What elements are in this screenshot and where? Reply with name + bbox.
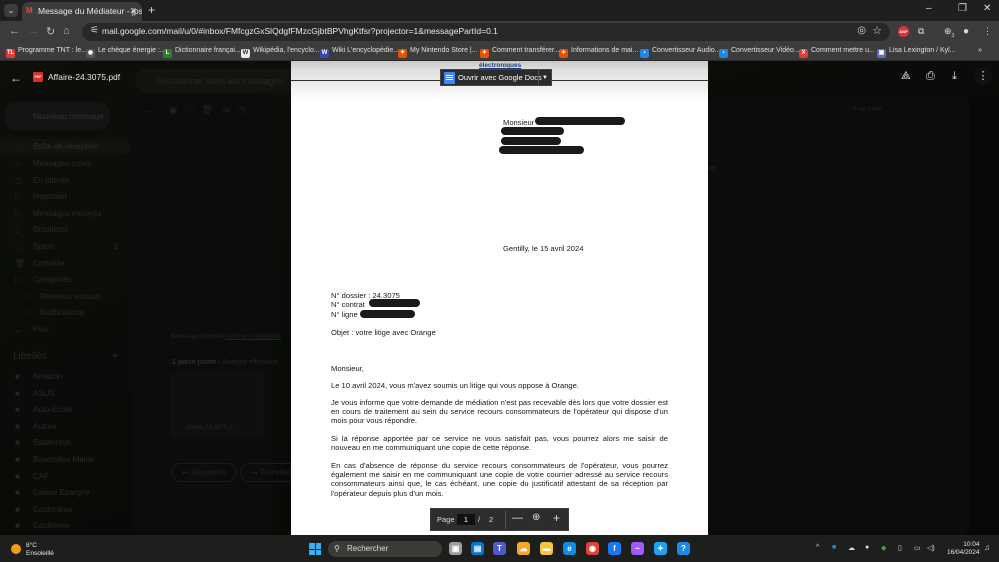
bookmarks-bar: TLProgramme TNT : le...◉Le chèque énergi… — [0, 43, 999, 61]
bookmark-item[interactable]: ✦Comment transférer... — [480, 47, 560, 58]
bookmark-item[interactable]: ▪Convertisseur Vidéo... — [719, 47, 800, 58]
letter-subject: Objet : votre litige avec Orange — [331, 328, 436, 337]
date: 16/04/2024 — [947, 549, 980, 557]
bookmark-label: My Nintendo Store |... — [410, 47, 478, 54]
tab-search-button[interactable]: ⌄ — [4, 4, 18, 17]
taskbar-search[interactable]: ⚲Rechercher — [328, 541, 442, 557]
tab-strip: ⌄ M Message du Médiateur - jps86 ✕ + – ❐… — [0, 0, 999, 21]
weather-app-icon[interactable]: ☁ — [517, 542, 530, 555]
converter-icon: ▪ — [719, 49, 728, 58]
zoom-out-icon[interactable]: — — [512, 512, 523, 524]
bookmarks-overflow-button[interactable]: » — [978, 47, 982, 54]
bookmark-label: Programme TNT : le... — [18, 47, 87, 54]
sun-icon[interactable] — [11, 544, 21, 554]
redaction — [499, 146, 584, 154]
bookmark-label: Le chèque énergie :... — [98, 47, 166, 54]
task-view-icon[interactable]: ▣ — [449, 542, 462, 555]
menu-icon[interactable]: ⋮ — [983, 26, 992, 37]
page-controls: Page 1 / 2 — ⊕ + — [430, 508, 569, 531]
profile-avatar[interactable]: ● — [963, 26, 969, 37]
recipient-title: Monsieur — [503, 118, 534, 127]
start-button[interactable] — [309, 543, 321, 555]
file-explorer-icon[interactable]: ▬ — [540, 542, 553, 555]
show-hidden-icons[interactable]: ^ — [816, 544, 819, 551]
lens-icon[interactable]: ◎ — [857, 25, 866, 36]
pdf-icon: PDF — [33, 72, 43, 82]
notification-bell-icon[interactable]: ♫ — [984, 543, 990, 552]
add-to-drive-icon[interactable]: ⟁ — [901, 70, 911, 83]
bookmark-item[interactable]: ◉Le chèque énergie :... — [86, 47, 166, 58]
bookmark-item[interactable]: WWikipédia, l'encyclo... — [241, 47, 320, 58]
home-icon[interactable]: ⌂ — [63, 25, 70, 37]
letter-greeting: Monsieur, — [331, 364, 364, 373]
close-tab-icon[interactable]: ✕ — [129, 2, 137, 21]
page-number-input[interactable]: 1 — [457, 514, 475, 525]
file-name: Affaire-24.3075.pdf — [48, 72, 120, 82]
page-separator: / — [478, 515, 480, 524]
tnt-icon: TL — [6, 49, 15, 58]
tab-gmail[interactable]: M Message du Médiateur - jps86 ✕ — [22, 2, 142, 21]
back-icon[interactable]: ← — [9, 25, 20, 37]
letter-paragraph: Je vous informe que votre demande de méd… — [331, 398, 668, 426]
downloads-icon[interactable]: ⊕3 — [944, 26, 954, 39]
new-tab-button[interactable]: + — [148, 3, 155, 17]
bookmark-item[interactable]: ✦Informations de mai... — [559, 47, 638, 58]
search-label: Rechercher — [347, 544, 388, 553]
maximize-button[interactable]: ❐ — [958, 3, 967, 14]
onedrive-icon[interactable]: ☁ — [848, 544, 855, 552]
zoom-in-icon[interactable]: + — [553, 511, 560, 525]
network-icon[interactable]: ▭ — [914, 544, 921, 552]
bookmark-item[interactable]: ▪Convertisseur Audio... — [640, 47, 720, 58]
open-with-google-docs-button[interactable]: Ouvrir avec Google Docs ▼ — [440, 69, 552, 86]
bookmark-label: Wikipédia, l'encyclo... — [253, 47, 320, 54]
place-date: Gentilly, le 15 avril 2024 — [503, 244, 583, 253]
extensions-icon[interactable]: ⧉ — [918, 26, 924, 37]
mario-icon: ✦ — [559, 49, 568, 58]
help-icon[interactable]: ? — [677, 542, 690, 555]
bookmark-label: Informations de mai... — [571, 47, 638, 54]
pdf-page: électroniques Monsieur Gentilly, le 15 a… — [291, 61, 708, 535]
line-number: N° ligne — [331, 310, 358, 319]
letter-paragraph: Si la réponse apportée par ce service ne… — [331, 434, 668, 452]
gmail-icon: M — [26, 7, 35, 15]
bookmark-label: Convertisseur Vidéo... — [731, 47, 800, 54]
divider — [505, 511, 506, 529]
redaction — [501, 127, 564, 135]
wiki-icon: W — [320, 49, 329, 58]
wikipedia-icon: W — [241, 49, 250, 58]
x-icon: X — [799, 49, 808, 58]
page-label: Page — [437, 515, 455, 524]
total-pages: 2 — [489, 515, 493, 524]
adblock-icon[interactable]: ABP — [898, 26, 909, 37]
volume-icon[interactable]: ◁) — [927, 544, 935, 552]
tray-app-icon[interactable]: ■ — [832, 544, 836, 551]
messenger-icon[interactable]: ~ — [631, 542, 644, 555]
search-icon: ⚲ — [334, 541, 340, 557]
google-docs-icon — [444, 72, 455, 84]
bookmark-item[interactable]: LDictionnaire françai... — [163, 47, 241, 58]
url-text: mail.google.com/mail/u/0/#inbox/FMfcgzGx… — [102, 26, 498, 36]
close-window-button[interactable]: ✕ — [983, 3, 991, 14]
bookmark-star-icon[interactable]: ☆ — [872, 24, 882, 37]
redaction — [360, 310, 415, 318]
weather-condition: Ensoleillé — [26, 550, 54, 558]
bookmark-label: Lisa Lexington / Kyl... — [889, 47, 956, 54]
open-with-label: Ouvrir avec Google Docs — [458, 73, 542, 82]
redaction — [535, 117, 625, 125]
letter-paragraph: En cas d'absence de réponse du service r… — [331, 461, 668, 498]
tab-title: Message du Médiateur - jps86 — [38, 6, 142, 16]
forward-icon[interactable]: → — [28, 25, 39, 37]
contract-number: N° contrat — [331, 300, 365, 309]
reload-icon[interactable]: ↻ — [46, 25, 55, 38]
bookmark-item[interactable]: ▣Lisa Lexington / Kyl... — [877, 47, 956, 58]
tray-app-icon[interactable]: ● — [865, 544, 869, 551]
more-icon[interactable]: ⋮ — [974, 67, 992, 85]
weather-widget[interactable]: 8°C Ensoleillé — [26, 542, 54, 558]
download-badge: 3 — [952, 33, 955, 39]
letterhead-text: électroniques — [479, 62, 521, 69]
bookmark-item[interactable]: ✦My Nintendo Store |... — [398, 47, 478, 58]
store-icon[interactable]: ▤ — [471, 542, 484, 555]
minimize-button[interactable]: – — [926, 3, 932, 14]
usb-icon[interactable]: ▯ — [898, 544, 902, 552]
letter-paragraph: Le 10 avril 2024, vous m'avez soumis un … — [331, 381, 668, 390]
dictionary-icon: L — [163, 49, 172, 58]
bookmark-label: Comment mettre u... — [811, 47, 875, 54]
teams-icon[interactable]: T — [493, 542, 506, 555]
taskbar: 8°C Ensoleillé ⚲Rechercher ▣▤T☁▬e◉f~✦? ^… — [0, 535, 999, 562]
mario-icon: ✦ — [480, 49, 489, 58]
edge-icon[interactable]: e — [563, 542, 576, 555]
site-settings-icon[interactable]: ⚟ — [90, 25, 99, 36]
time: 10:04 — [947, 541, 980, 549]
address-bar[interactable]: ⚟ mail.google.com/mail/u/0/#inbox/FMfcgz… — [82, 23, 890, 41]
security-icon[interactable]: ◆ — [881, 544, 886, 552]
bookmark-item[interactable]: WWiki L'encyclopédie... — [320, 47, 399, 58]
redaction — [369, 299, 420, 307]
bookmark-label: Dictionnaire françai... — [175, 47, 241, 54]
print-icon[interactable]: ⎙ — [926, 70, 935, 83]
temperature: 8°C — [26, 542, 54, 550]
globe-icon: ◉ — [86, 49, 95, 58]
toolbar: ← → ↻ ⌂ ⚟ mail.google.com/mail/u/0/#inbo… — [0, 21, 999, 43]
chevron-down-icon[interactable]: ▼ — [538, 70, 551, 85]
facebook-icon[interactable]: f — [608, 542, 621, 555]
close-viewer-icon[interactable]: ← — [10, 71, 22, 85]
bookmark-item[interactable]: XComment mettre u... — [799, 47, 875, 58]
bookmark-page-icon: ▣ — [877, 49, 886, 58]
bookmark-item[interactable]: TLProgramme TNT : le... — [6, 47, 87, 58]
download-icon[interactable]: ⤓ — [952, 70, 957, 83]
twitter-icon[interactable]: ✦ — [654, 542, 667, 555]
bookmark-label: Wiki L'encyclopédie... — [332, 47, 399, 54]
nintendo-icon: ✦ — [398, 49, 407, 58]
bookmark-label: Convertisseur Audio... — [652, 47, 720, 54]
redaction — [501, 137, 561, 145]
converter-icon: ▪ — [640, 49, 649, 58]
clock[interactable]: 10:04 16/04/2024 — [947, 541, 980, 557]
bookmark-label: Comment transférer... — [492, 47, 560, 54]
chrome-icon[interactable]: ◉ — [586, 542, 599, 555]
zoom-reset-icon[interactable]: ⊕ — [532, 512, 540, 523]
